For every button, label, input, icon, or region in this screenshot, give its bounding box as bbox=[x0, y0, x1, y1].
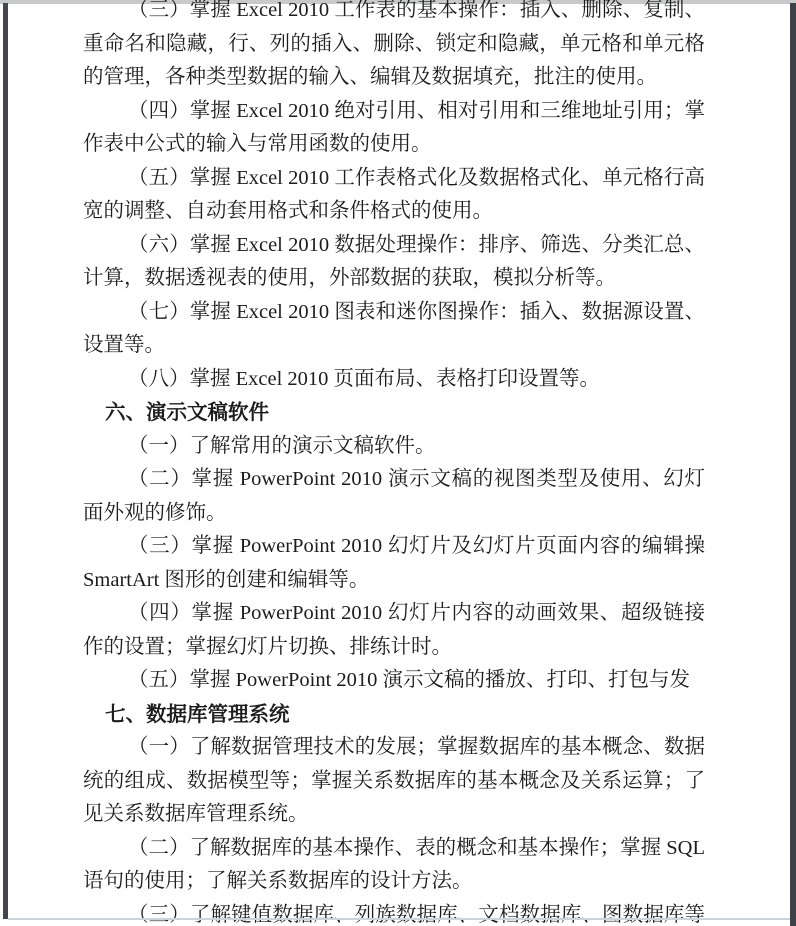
text-line: 计算，数据透视表的使用，外部数据的获取，模拟分析等。 bbox=[83, 262, 705, 296]
text-line: （三）掌握 PowerPoint 2010 幻灯片及幻灯片页面内容的编辑操作、 bbox=[83, 530, 705, 564]
text-line: （二）了解数据库的基本操作、表的概念和基本操作；掌握 SQL 基本 bbox=[83, 832, 705, 866]
text-line: 设置等。 bbox=[83, 329, 705, 363]
section-heading: 七、数据库管理系统 bbox=[83, 698, 705, 732]
text-line: （一）了解数据管理技术的发展；掌握数据库的基本概念、数据库系 bbox=[83, 731, 705, 765]
text-line: 见关系数据库管理系统。 bbox=[83, 798, 705, 832]
text-line: 作的设置；掌握幻灯片切换、排练计时。 bbox=[83, 631, 705, 665]
text-line: （八）掌握 Excel 2010 页面布局、表格打印设置等。 bbox=[83, 363, 705, 397]
text-line: 统的组成、数据模型等；掌握关系数据库的基本概念及关系运算；了解常 bbox=[83, 765, 705, 799]
text-line: （一）了解常用的演示文稿软件。 bbox=[83, 430, 705, 464]
text-line: （四）掌握 PowerPoint 2010 幻灯片内容的动画效果、超级链接和动 bbox=[83, 597, 705, 631]
text-line: （二）掌握 PowerPoint 2010 演示文稿的视图类型及使用、幻灯片页 bbox=[83, 463, 705, 497]
text-line: 宽的调整、自动套用格式和条件格式的使用。 bbox=[83, 195, 705, 229]
text-line: 作表中公式的输入与常用函数的使用。 bbox=[83, 128, 705, 162]
text-line: 的管理，各种类型数据的输入、编辑及数据填充，批注的使用。 bbox=[83, 61, 705, 95]
text-line: （五）掌握 Excel 2010 工作表格式化及数据格式化、单元格行高和列 bbox=[83, 162, 705, 196]
text-line: （六）掌握 Excel 2010 数据处理操作：排序、筛选、分类汇总、合并 bbox=[83, 229, 705, 263]
text-line: （四）掌握 Excel 2010 绝对引用、相对引用和三维地址引用；掌握工 bbox=[83, 95, 705, 129]
text-line: SmartArt 图形的创建和编辑等。 bbox=[83, 564, 705, 598]
page-left-border bbox=[3, 3, 8, 919]
text-line: 面外观的修饰。 bbox=[83, 497, 705, 531]
page-bottom-edge bbox=[8, 918, 790, 920]
section-heading: 六、演示文稿软件 bbox=[83, 396, 705, 430]
page-right-border bbox=[790, 3, 796, 926]
document-content: （三）掌握 Excel 2010 工作表的基本操作：插入、删除、复制、移动、重命… bbox=[83, 0, 705, 926]
text-line: （七）掌握 Excel 2010 图表和迷你图操作：插入、数据源设置、格式 bbox=[83, 296, 705, 330]
document-page: （三）掌握 Excel 2010 工作表的基本操作：插入、删除、复制、移动、重命… bbox=[0, 0, 796, 926]
text-line: （五）掌握 PowerPoint 2010 演示文稿的播放、打印、打包与发布。 bbox=[83, 664, 705, 698]
text-line: 重命名和隐藏，行、列的插入、删除、锁定和隐藏，单元格和单元格区域 bbox=[83, 28, 705, 62]
text-line: （三）了解键值数据库、列族数据库、文档数据库、图数据库等非关 bbox=[83, 899, 705, 926]
text-line: 语句的使用；了解关系数据库的设计方法。 bbox=[83, 865, 705, 899]
text-line: （三）掌握 Excel 2010 工作表的基本操作：插入、删除、复制、移动、 bbox=[83, 0, 705, 28]
